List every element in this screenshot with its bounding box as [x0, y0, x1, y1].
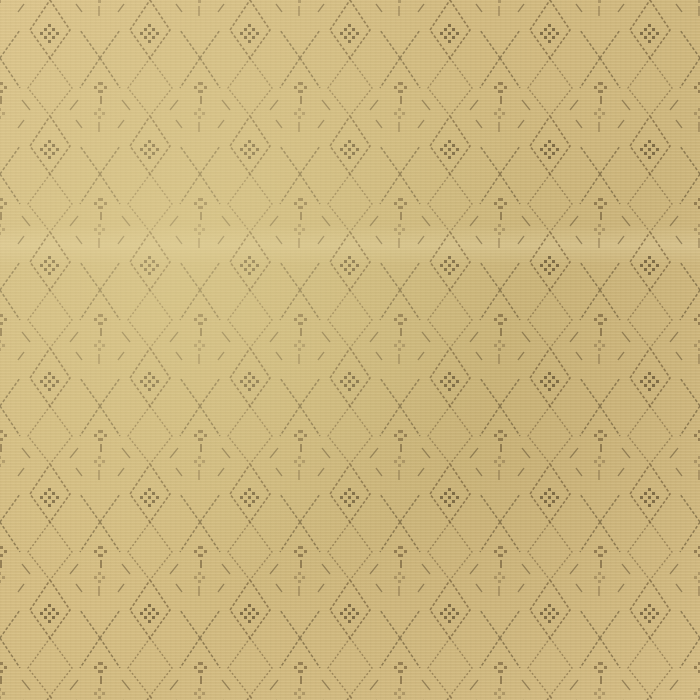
motif-pattern: [0, 0, 700, 700]
rug-texture: [0, 0, 700, 700]
